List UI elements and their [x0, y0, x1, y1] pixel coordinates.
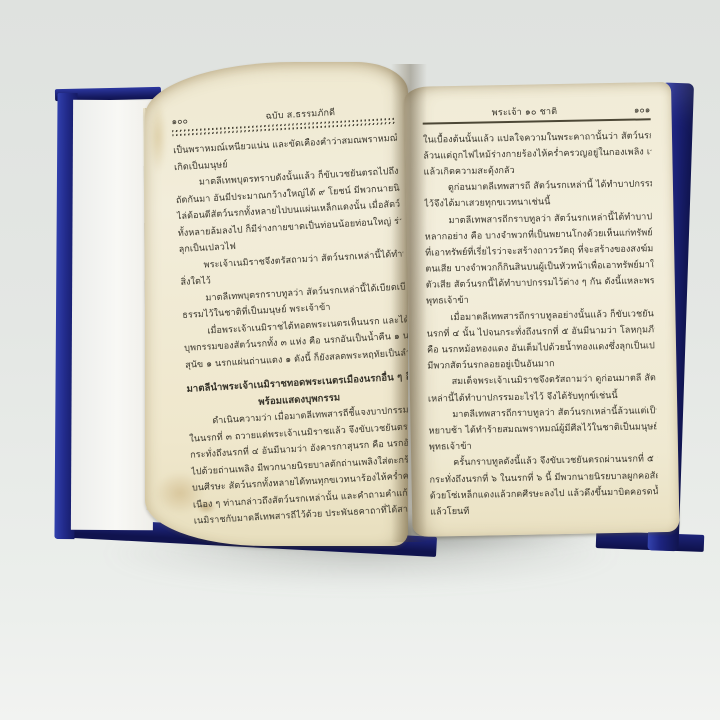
right-page-number: ๑๐๑: [616, 102, 650, 117]
right-running-title: พระเจ้า ๑๐ ชาติ: [422, 103, 616, 121]
left-page-text: เป็นพราหมณ์เหนียวแน่น และขัดเคืองคำว่าสม…: [173, 131, 408, 530]
left-page-number: ๑๐๐: [171, 112, 206, 128]
front-endpaper: [71, 100, 155, 530]
photo-scene: ๑๐๐ ฉบับ ส.ธรรมภักดี เป็นพราหมณ์เหนียวแน…: [0, 0, 720, 720]
left-text-block: ๑๐๐ ฉบับ ส.ธรรมภักดี เป็นพราหมณ์เหนียวแน…: [171, 102, 408, 530]
age-stain: [147, 92, 169, 182]
right-text-block: พระเจ้า ๑๐ ชาติ ๑๐๑ ในเบื้องต้นนั้นแล้ว …: [422, 102, 658, 520]
text-line: แล้วโยนที: [430, 500, 658, 521]
right-page: พระเจ้า ๑๐ ชาติ ๑๐๑ ในเบื้องต้นนั้นแล้ว …: [404, 82, 680, 537]
right-page-text: ในเบื้องต้นนั้นแล้ว แปลใจความในพระคาถานั…: [423, 128, 658, 521]
right-page-header: พระเจ้า ๑๐ ชาติ ๑๐๑: [422, 102, 650, 120]
left-page: ๑๐๐ ฉบับ ส.ธรรมภักดี เป็นพราหมณ์เหนียวแน…: [145, 62, 408, 546]
